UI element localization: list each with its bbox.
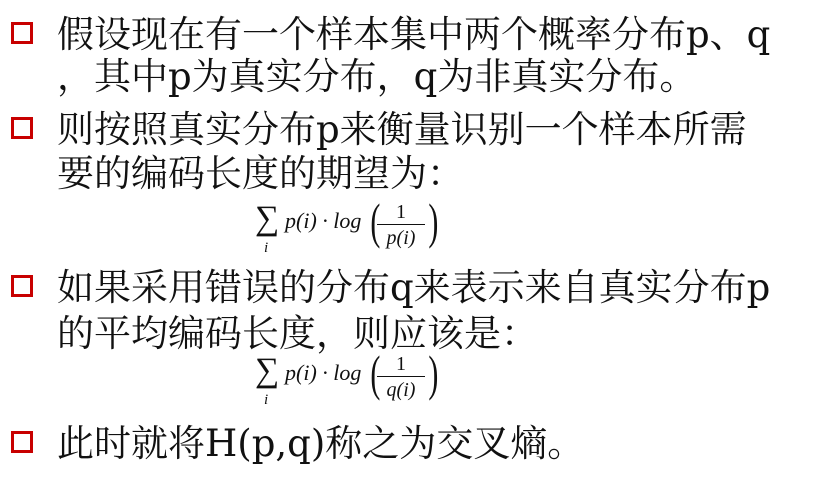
item-2-line-1: 则按照真实分布p来衡量识别一个样本所需 [57, 108, 747, 152]
fraction: 1 p(i) [375, 200, 427, 251]
right-paren: ) [428, 348, 438, 398]
item-2-line-2: 要的编码长度的期望为： [57, 152, 464, 196]
denominator: p(i) [375, 225, 427, 251]
item-4-line-1: 此时就将H(p,q)称之为交叉熵。 [57, 422, 584, 466]
sum-index: i [264, 392, 268, 409]
bullet-square-icon [11, 431, 33, 453]
bullet-square-icon [11, 275, 33, 297]
bullet-square-icon [11, 117, 33, 139]
bullet-square-icon [11, 22, 33, 44]
formula-term: p(i) · log [285, 208, 361, 234]
numerator: 1 [375, 200, 427, 224]
right-paren: ) [428, 196, 438, 246]
fraction: 1 q(i) [375, 352, 427, 403]
item-3-line-1: 如果采用错误的分布q来表示来自真实分布p [57, 266, 770, 310]
sum-index: i [264, 240, 268, 257]
item-3-line-2: 的平均编码长度，则应该是： [57, 312, 538, 356]
sum-symbol: ∑ [255, 354, 279, 388]
denominator: q(i) [375, 377, 427, 403]
formula-term: p(i) · log [285, 360, 361, 386]
numerator: 1 [375, 352, 427, 376]
sum-symbol: ∑ [255, 202, 279, 236]
item-1-line-2: ，其中p为真实分布，q为非真实分布。 [57, 55, 696, 99]
item-1-line-1: 假设现在有一个样本集中两个概率分布p、q [57, 13, 770, 57]
